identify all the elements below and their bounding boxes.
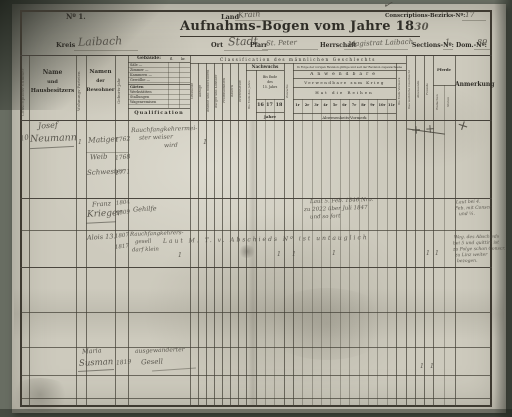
column-header-conscription-number: Conscriptions-Nummer [21, 68, 28, 116]
horses-sub-col-1: Wallachen [436, 88, 442, 116]
buildings-sub-header: Gärten [130, 85, 144, 89]
age-17-cell: 17 [265, 102, 274, 108]
sections-rule [443, 49, 453, 50]
krieger-qualification: Gehilfe [133, 204, 157, 213]
alois-qualification-line2: gesell [135, 239, 152, 246]
resident-alois-name: Alois 13. [87, 232, 116, 241]
offspring-title: Nachwuchs [246, 64, 284, 69]
photo-bottom-shadow [0, 409, 512, 417]
form-title-year-print: 18 [396, 19, 415, 34]
buildings-row-1: Säle — [130, 63, 142, 67]
form-title-year-hand: 30 [414, 22, 429, 33]
resident-susman-first: Maria [82, 346, 102, 355]
column-header-birth-year: Geburts-Jahr [117, 66, 126, 116]
absent-col: Abwesende [417, 62, 423, 117]
absence-note-header: Abwesenheits-Vormerk [293, 115, 396, 120]
class-number-3: 3r [312, 103, 321, 107]
form-title-text: Aufnahms-Bogen vom Jahre [180, 19, 391, 34]
buildings-col-fl: fl. [170, 57, 173, 61]
grid-line [246, 70, 284, 71]
remark-note2-line4: zu Linz weiter [455, 253, 487, 259]
grid-line [293, 78, 396, 79]
buildings-box-title: Gebäude: [128, 56, 170, 61]
grid-line [349, 99, 350, 407]
remark-note2-line3: zu Folge schon Conscr. [453, 247, 506, 253]
offspring-note-line3: 15. Jahrs [256, 85, 284, 90]
class-col-3: Beamte und Honoratioren [207, 65, 213, 117]
grid-line [455, 55, 456, 407]
conscription-district-rule [462, 20, 486, 21]
herrschaft-rule [344, 49, 408, 50]
class-col-1: Geistliche [191, 65, 197, 117]
class-col-5: Professionisten [223, 65, 229, 117]
title-rule [180, 36, 420, 37]
tally-mark: 1 [277, 251, 281, 258]
tally-mark: 1 [435, 250, 439, 257]
strangers-col: Fremde [426, 62, 432, 117]
tally-mark: 1 [426, 250, 430, 257]
buildings-row-2: Zimmer — [130, 68, 149, 72]
resident-susman-name: Susman [79, 357, 114, 369]
buildings-sub-row-3: Wagenremisen [130, 100, 156, 104]
alois-qualification-line3: darf klein [132, 247, 159, 254]
grid-line [293, 87, 396, 88]
qualification-line2: ster weiser [139, 133, 173, 141]
class-tally-mark: 1 [203, 138, 207, 146]
grid-line [128, 55, 129, 407]
house-owner-line1: Name [29, 68, 76, 78]
class-number-1: 1r [293, 103, 302, 107]
years-label: Jahre [256, 114, 284, 119]
column-header-house-owner: Name und Hausbesitzers [29, 68, 76, 96]
sections-value: 1 [445, 38, 450, 47]
sheet-number-label: Nº [66, 12, 76, 21]
tally-mark: 1 [178, 252, 182, 259]
owner-first-name: Josef [38, 120, 58, 130]
tally-mark: 1 [332, 250, 336, 257]
class-number-10: 10r [377, 103, 387, 107]
grid-line [368, 99, 369, 407]
qualification-line3: wird [164, 142, 178, 149]
grid-line [274, 99, 275, 407]
grid-line [359, 99, 360, 407]
sheet-number: Nº 1. [66, 12, 86, 21]
tally-mark: 1 [292, 251, 296, 258]
buildings-sub-row-1: Werkstätten [130, 90, 152, 94]
horses-sub-col-2: Stuten [447, 88, 453, 116]
tally-mark: 1 [430, 363, 434, 370]
pfarr-value: St. Peter [266, 38, 297, 47]
column-header-inhabitants: Namen der Bewohner [86, 68, 115, 95]
buildings-row-3: Kammern — [130, 73, 152, 77]
class-number-4: 4r [321, 103, 330, 107]
class-col-7: Erwerbsleute [239, 65, 245, 117]
class-col-2: Adelige [199, 65, 205, 117]
grid-line [256, 99, 284, 100]
inhabitants-line3: Bewohner [86, 86, 115, 95]
house-owner-line3: Hausbesitzers [29, 87, 76, 96]
grid-line [312, 99, 313, 407]
sheet-number-value: 1. [78, 12, 85, 21]
grid-line [377, 99, 378, 407]
classification-title: Classification des männlichen Geschlecht… [190, 57, 406, 62]
paper-crease [14, 288, 504, 340]
female-sex-col: Das weibliche Geschlecht [408, 62, 414, 117]
remark-note1-line1: Laut bei 4. [456, 200, 481, 206]
grid-line [179, 62, 180, 108]
class-number-6: 6r [340, 103, 349, 107]
grid-line [29, 55, 30, 407]
revision-line1: In Folge der vorigen Revision gültige un… [293, 65, 406, 69]
grid-line [265, 99, 266, 407]
ort-label: Ort [211, 41, 223, 49]
class-number-7: 7r [349, 103, 359, 107]
conscription-district-value: 17 [465, 10, 475, 19]
remark-note2-line2: bei 5 und quittirt ist [453, 241, 499, 247]
margin-mark: 10 [19, 133, 29, 142]
grid-line [128, 82, 190, 83]
inhabitants-line1: Namen [86, 68, 115, 78]
resident-krieger-first: Franz [92, 199, 112, 208]
buildings-col-kr: kr. [181, 57, 186, 61]
grid-line [168, 62, 169, 108]
grid-line [321, 99, 322, 407]
remark-note1-line3: und ¼. [459, 212, 475, 218]
class-col-6: Bauern [231, 65, 237, 117]
side-note-col: Bis Ende Vormerk [398, 66, 404, 116]
form-title: Aufnahms-Bogen vom Jahre 1830 [180, 19, 420, 34]
column-header-dwelling-parties: Wohnungs-Parteien [77, 66, 85, 116]
grid-line [396, 63, 397, 407]
buildings-sub-row-2: Stallungen [130, 95, 149, 99]
offspring-side-col: Bis Ende des Jahrs [248, 73, 254, 116]
grid-line [128, 104, 190, 105]
grid-line [424, 55, 425, 407]
class-number-8: 8r [359, 103, 368, 107]
susman-qualification-line2: Gesell [141, 358, 163, 367]
party-count: 1 [78, 139, 82, 146]
grid-line [246, 63, 247, 407]
kreis-rule [74, 50, 138, 51]
ort-rule [224, 50, 268, 51]
remark-note2-line5: bezogen. [457, 259, 478, 264]
remarks-header: Anmerkung [455, 81, 490, 88]
grid-line [433, 55, 434, 407]
revision-line2: Anwendbare [293, 72, 396, 77]
qualification-header: Qualification [128, 110, 190, 116]
grid-line [115, 55, 116, 407]
increase-col: Zuwachs [286, 66, 292, 116]
grid-line [128, 108, 190, 109]
age-16-cell: 16 [256, 102, 265, 108]
resident-2-name: Weib [90, 153, 108, 162]
grid-line [302, 99, 303, 407]
photo-edge-shadow [494, 0, 512, 417]
kreis-label: Kreis [56, 41, 75, 49]
class-col-4: Bürger und Künstler [215, 65, 221, 117]
grid-line [293, 99, 396, 100]
revision-line4: Hat die Reihen [293, 90, 396, 95]
kreis-value: Laibach [78, 34, 123, 49]
class-number-9: 9r [368, 103, 377, 107]
class-number-2: 2r [302, 103, 312, 107]
class-number-5: 5r [330, 103, 340, 107]
offspring-note: Bis Ende des 15. Jahrs [256, 75, 284, 89]
age-18-cell: 18 [274, 102, 284, 108]
buildings-row-4: Gewölbe — [130, 78, 150, 82]
horses-group-title: Pferde [433, 67, 455, 72]
grid-line [406, 55, 407, 407]
tally-mark: 1 [420, 363, 424, 370]
remark-note2-line1: Weg. des Abschieds [454, 235, 499, 241]
inhabitants-line2: der [86, 78, 115, 86]
scanned-document-photo: ✓ Nº 1. Land Krain Conscriptions-Bezirks… [0, 0, 512, 417]
dom-value: 89 [477, 38, 487, 47]
class-number-11: 11r [387, 103, 396, 107]
owner-last-name: Neumann [30, 132, 77, 145]
grid-line [340, 99, 341, 407]
pfarr-rule [262, 49, 318, 50]
dom-rule [474, 49, 490, 50]
center-note-line3: und so fort [310, 213, 341, 220]
pfarr-label: Pfarr [250, 42, 267, 49]
grid-line [415, 55, 416, 407]
grid-line [387, 99, 388, 407]
house-owner-line2: und [29, 78, 76, 87]
revision-line3: Verwendbare zum Krieg [293, 80, 396, 85]
grid-line [330, 99, 331, 407]
